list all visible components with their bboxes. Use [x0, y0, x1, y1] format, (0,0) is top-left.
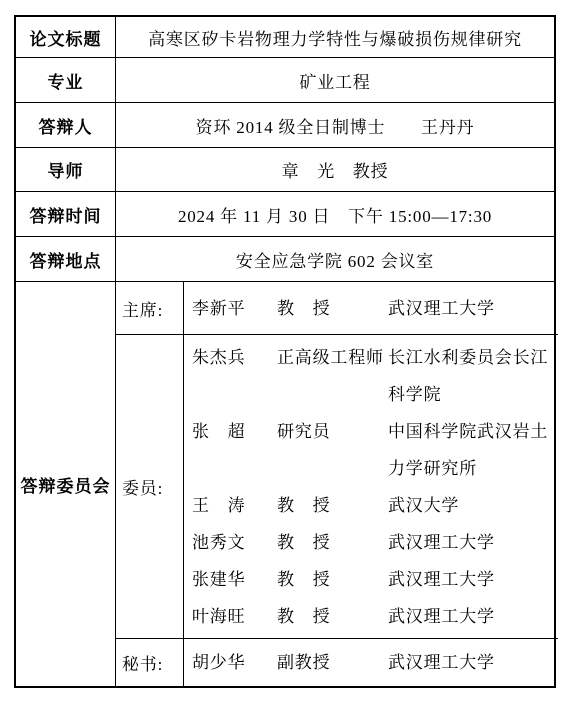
table-row: 论文标题 高寒区矽卡岩物理力学特性与爆破损伤规律研究 [16, 17, 554, 58]
table-row: 导师 章 光 教授 [16, 148, 554, 192]
committee-member-row: 池秀文 教 授 武汉理工大学 [192, 524, 558, 561]
chair-role-label: 主席: [116, 282, 184, 334]
committee-body: 主席: 李新平 教 授 武汉理工大学 委员: 朱杰兵 正高级工程师 长江水利委员… [116, 282, 558, 686]
thesis-title-value: 高寒区矽卡岩物理力学特性与爆破损伤规律研究 [116, 17, 554, 57]
committee-members-list: 朱杰兵 正高级工程师 长江水利委员会长江科学院 张 超 研究员 中国科学院武汉岩… [184, 335, 558, 638]
major-value: 矿业工程 [116, 58, 554, 102]
committee-member-row: 李新平 教 授 武汉理工大学 [192, 290, 558, 327]
member-org: 武汉大学 [388, 487, 558, 524]
secretary-members: 胡少华 副教授 武汉理工大学 [184, 639, 558, 686]
defense-location-value: 安全应急学院 602 会议室 [116, 237, 554, 281]
member-title: 教 授 [277, 561, 388, 598]
chair-members: 李新平 教 授 武汉理工大学 [184, 282, 558, 334]
member-name: 朱杰兵 [192, 339, 277, 413]
member-title: 副教授 [277, 644, 388, 681]
committee-section: 答辩委员会 主席: 李新平 教 授 武汉理工大学 委员: 朱杰兵 正高级 [16, 282, 554, 686]
member-title: 研究员 [277, 413, 388, 487]
page: { "colors": { "background": "#ffffff", "… [0, 0, 574, 703]
member-org: 武汉理工大学 [388, 524, 558, 561]
member-title: 正高级工程师 [277, 339, 388, 413]
committee-member-row: 胡少华 副教授 武汉理工大学 [192, 644, 558, 681]
row-label-defender: 答辩人 [16, 103, 116, 147]
committee-member-row: 张建华 教 授 武汉理工大学 [192, 561, 558, 598]
defense-time-value: 2024 年 11 月 30 日 下午 15:00—17:30 [116, 192, 554, 236]
row-label-thesis-title: 论文标题 [16, 17, 116, 57]
member-name: 王 涛 [192, 487, 277, 524]
row-label-advisor: 导师 [16, 148, 116, 191]
member-name: 叶海旺 [192, 598, 277, 635]
row-label-defense-location: 答辩地点 [16, 237, 116, 281]
member-org: 长江水利委员会长江科学院 [388, 339, 558, 413]
defender-value: 资环 2014 级全日制博士 王丹丹 [116, 103, 554, 147]
member-title: 教 授 [277, 598, 388, 635]
members-role-label: 委员: [116, 335, 184, 638]
defense-info-table: 论文标题 高寒区矽卡岩物理力学特性与爆破损伤规律研究 专业 矿业工程 答辩人 资… [14, 15, 556, 688]
committee-member-row: 张 超 研究员 中国科学院武汉岩土力学研究所 [192, 413, 558, 487]
advisor-value: 章 光 教授 [116, 148, 554, 191]
committee-member-row: 朱杰兵 正高级工程师 长江水利委员会长江科学院 [192, 339, 558, 413]
committee-member-row: 王 涛 教 授 武汉大学 [192, 487, 558, 524]
table-row: 答辩人 资环 2014 级全日制博士 王丹丹 [16, 103, 554, 148]
row-label-committee: 答辩委员会 [16, 282, 116, 686]
member-org: 中国科学院武汉岩土力学研究所 [388, 413, 558, 487]
member-org: 武汉理工大学 [388, 644, 558, 681]
committee-group-secretary: 秘书: 胡少华 副教授 武汉理工大学 [116, 638, 558, 686]
member-name: 胡少华 [192, 644, 277, 681]
member-title: 教 授 [277, 290, 388, 327]
member-name: 张建华 [192, 561, 277, 598]
table-row: 专业 矿业工程 [16, 58, 554, 103]
member-title: 教 授 [277, 487, 388, 524]
table-row: 答辩时间 2024 年 11 月 30 日 下午 15:00—17:30 [16, 192, 554, 237]
member-org: 武汉理工大学 [388, 598, 558, 635]
secretary-role-label: 秘书: [116, 639, 184, 686]
row-label-major: 专业 [16, 58, 116, 102]
committee-group-members: 委员: 朱杰兵 正高级工程师 长江水利委员会长江科学院 张 超 研究员 中国科学… [116, 334, 558, 638]
table-row: 答辩地点 安全应急学院 602 会议室 [16, 237, 554, 282]
member-name: 池秀文 [192, 524, 277, 561]
row-label-defense-time: 答辩时间 [16, 192, 116, 236]
member-name: 李新平 [192, 290, 277, 327]
member-name: 张 超 [192, 413, 277, 487]
member-org: 武汉理工大学 [388, 561, 558, 598]
committee-member-row: 叶海旺 教 授 武汉理工大学 [192, 598, 558, 635]
committee-group-chair: 主席: 李新平 教 授 武汉理工大学 [116, 282, 558, 334]
member-title: 教 授 [277, 524, 388, 561]
member-org: 武汉理工大学 [388, 290, 558, 327]
